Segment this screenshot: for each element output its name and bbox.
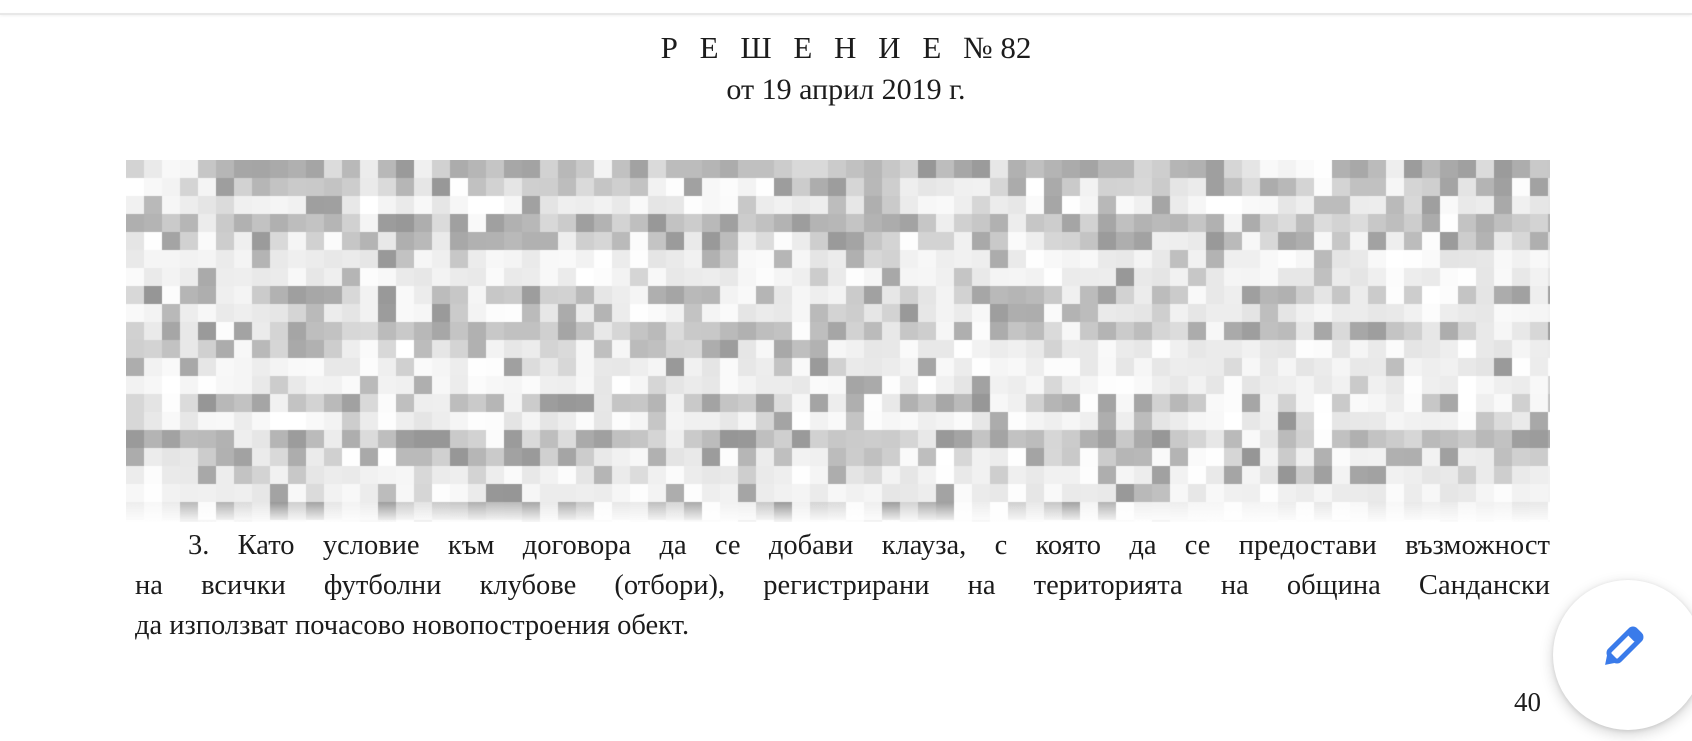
pencil-icon bbox=[1594, 622, 1648, 676]
paragraph-line: на всички футболни клубове (отбори), рег… bbox=[135, 566, 1550, 606]
document-title-word: Р Е Ш Е Н И Е bbox=[661, 30, 949, 65]
document-paragraph: 3. Като условие към договора да се добав… bbox=[135, 526, 1550, 646]
paragraph-line: да използват почасово новопостроения обе… bbox=[135, 606, 1550, 646]
document-date: от 19 април 2019 г. bbox=[0, 72, 1692, 108]
paragraph-line: 3. Като условие към договора да се добав… bbox=[135, 526, 1550, 566]
redacted-text-block bbox=[126, 160, 1550, 522]
pixelation-mosaic bbox=[126, 160, 1550, 522]
top-divider bbox=[0, 13, 1692, 15]
document-number: № 82 bbox=[963, 30, 1031, 65]
document-title: Р Е Ш Е Н И Е № 82 bbox=[0, 30, 1692, 66]
page-number: 40 bbox=[1514, 686, 1541, 718]
edit-fab-button[interactable] bbox=[1553, 580, 1692, 730]
